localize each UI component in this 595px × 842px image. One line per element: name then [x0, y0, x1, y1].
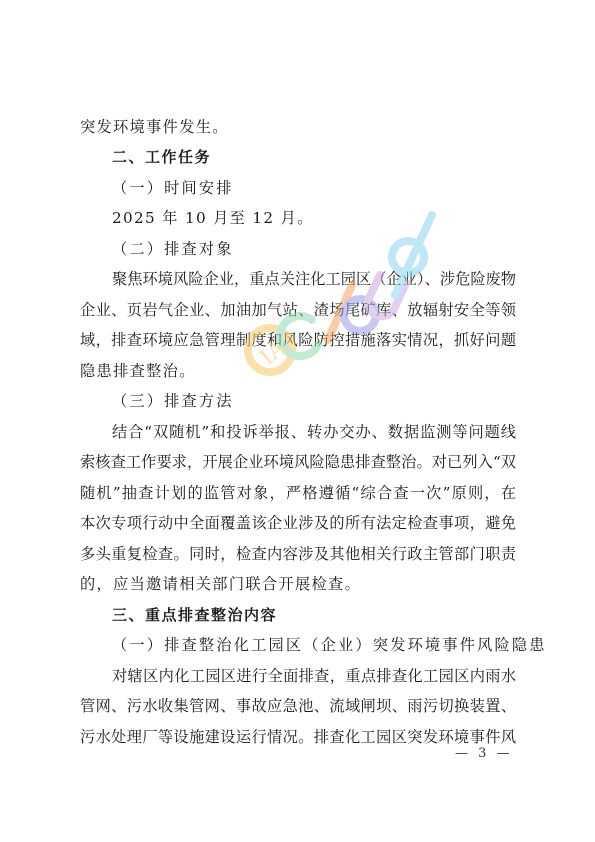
body-line: 对辖区内化工园区进行全面排查，重点排查化工园区内雨水 — [112, 665, 516, 687]
body-line: 随机”抽查计划的监管对象，严格遵循“综合查一次”原则，在 — [80, 482, 516, 504]
section-heading-work-tasks: 二、工作任务 — [112, 146, 516, 168]
body-line: 索核查工作要求，开展企业环境风险隐患排查整治。对已列入“双 — [80, 451, 516, 473]
body-line: 的，应当邀请相关部门联合开展检查。 — [80, 573, 516, 595]
iacloud-watermark-logo: IA — [240, 205, 440, 385]
body-line: 管网、污水收集管网、事故应急池、流域闸坝、雨污切换装置、 — [80, 695, 516, 717]
body-line: 多头重复检查。同时，检查内容涉及其他相关行政主管部门职责 — [80, 543, 516, 565]
schedule-text: 2025 年 10 月至 12 月。 — [112, 207, 516, 229]
section-heading-key-content: 三、重点排查整治内容 — [112, 604, 516, 626]
paragraph-continuation: 突发环境事件发生。 — [80, 116, 516, 138]
subheading-methods: （三）排查方法 — [112, 390, 516, 412]
subheading-schedule: （一）时间安排 — [112, 177, 516, 199]
document-page: 突发环境事件发生。 二、工作任务 （一）时间安排 2025 年 10 月至 12… — [0, 0, 595, 842]
body-line: 聚焦环境风险企业，重点关注化工园区（企业）、涉危险废物 — [112, 268, 516, 290]
body-line: 本次专项行动中全面覆盖该企业涉及的所有法定检查事项，避免 — [80, 512, 516, 534]
body-line: 隐患排查整治。 — [80, 360, 516, 382]
body-line: 企业、页岩气企业、加油加气站、渣场尾矿库、放辐射安全等领 — [80, 299, 516, 321]
body-line: 域，排查环境应急管理制度和风险防控措施落实情况，抓好问题 — [80, 329, 516, 351]
subheading-targets: （二）排查对象 — [112, 238, 516, 260]
page-number: — 3 — — [455, 746, 513, 761]
body-line: 结合“双随机”和投诉举报、转办交办、数据监测等问题线 — [112, 421, 516, 443]
body-line: 污水处理厂等设施建设运行情况。排查化工园区突发环境事件风 — [80, 726, 516, 748]
subheading-chemical-parks: （一）排查整治化工园区（企业）突发环境事件风险隐患 — [112, 634, 516, 656]
